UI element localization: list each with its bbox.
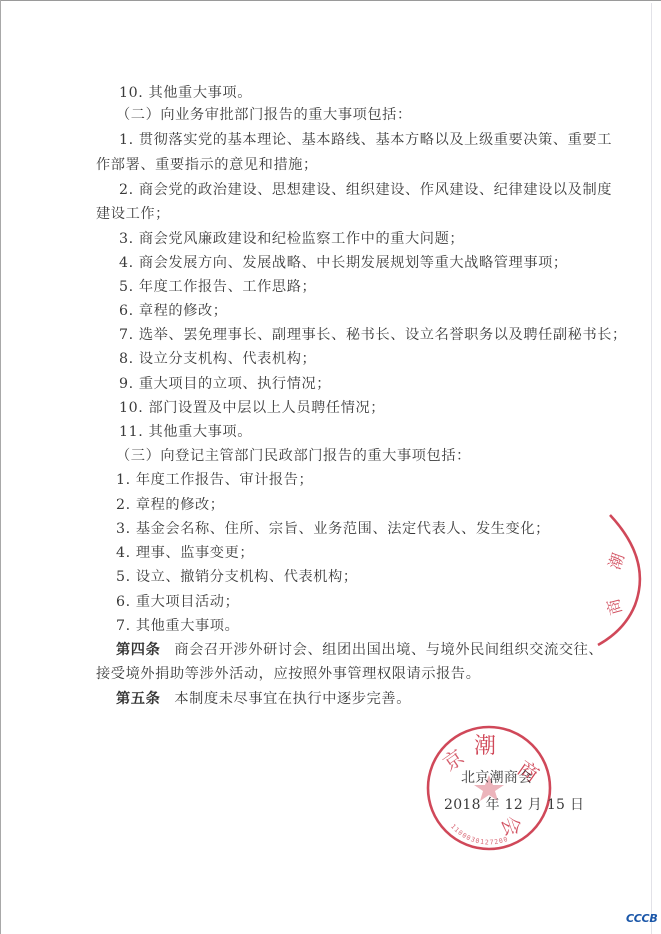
list-item: 5. 年度工作报告、工作思路； [119,278,316,296]
list-item: 4. 商会发展方向、发展战略、中长期发展规划等重大战略管理事项； [119,254,568,272]
signature-organization: 北京潮商会 [461,767,533,787]
list-item: 10. 部门设置及中层以上人员聘任情况； [119,399,385,417]
svg-text:商: 商 [603,597,625,617]
section-heading: （二）向业务审批部门报告的重大事项包括： [116,106,412,124]
page-border-top [0,0,661,1]
list-item: 1. 贯彻落实党的基本理论、基本路线、基本方略以及上级重要决策、重要工 [119,131,612,149]
list-item: 6. 重大项目活动； [116,593,239,611]
list-item: 8. 设立分支机构、代表机构； [119,350,316,368]
list-item: 7. 其他重大事项。 [116,617,239,635]
section-heading: （三）向登记主管部门民政部门报告的重大事项包括： [116,447,471,465]
list-item: 2. 商会党的政治建设、思想建设、组织建设、作风建设、纪律建设以及制度 [119,181,612,199]
list-item: 3. 基金会名称、住所、宗旨、业务范围、法定代表人、发生变化； [116,520,550,538]
svg-text:潮: 潮 [605,550,628,572]
list-item: 7. 选举、罢免理事长、副理事长、秘书长、设立名誉职务以及聘任副秘书长； [119,326,627,344]
cccb-logo: CCCB [626,912,657,925]
list-item: 9. 重大项目的立项、执行情况； [119,375,331,393]
svg-text:1100030127200: 1100030127200 [449,822,510,846]
list-item-continuation: 作部署、重要指示的意见和措施； [96,156,318,174]
list-item: 2. 章程的修改； [116,496,225,514]
svg-text:会: 会 [496,813,525,840]
signature-date: 2018 年 12 月 15 日 [444,794,584,814]
article-four-text: 商会召开涉外研讨会、组团出国出境、与境外民间组织交流交往、 [174,642,603,658]
list-item: 3. 商会党风廉政建设和纪检监察工作中的重大问题； [119,230,464,248]
page-border-left [0,0,1,934]
article-four-heading: 第四条 [116,642,160,658]
article-five-text: 本制度未尽事宜在执行中逐步完善。 [174,691,411,707]
page-border-right [651,3,652,934]
article-five: 第五条本制度未尽事宜在执行中逐步完善。 [116,690,411,708]
list-item-continuation: 建设工作； [96,205,170,223]
article-four: 第四条商会召开涉外研讨会、组团出国出境、与境外民间组织交流交往、 [116,641,603,659]
list-item: 1. 年度工作报告、审计报告； [116,471,313,489]
list-item: 5. 设立、撤销分支机构、代表机构； [116,568,358,586]
list-item: 10. 其他重大事项。 [119,84,252,102]
list-item: 6. 章程的修改； [119,302,228,320]
article-four-continuation: 接受境外捐助等涉外活动，应按照外事管理权限请示报告。 [96,665,480,683]
article-five-heading: 第五条 [116,691,160,707]
svg-text:潮: 潮 [474,734,496,759]
seam-seal-icon: 潮 商 [580,505,652,655]
list-item: 4. 理事、监事变更； [116,544,254,562]
official-seal-icon: 京 潮 商 会 1100030127200 [426,725,552,851]
list-item: 11. 其他重大事项。 [119,423,252,441]
